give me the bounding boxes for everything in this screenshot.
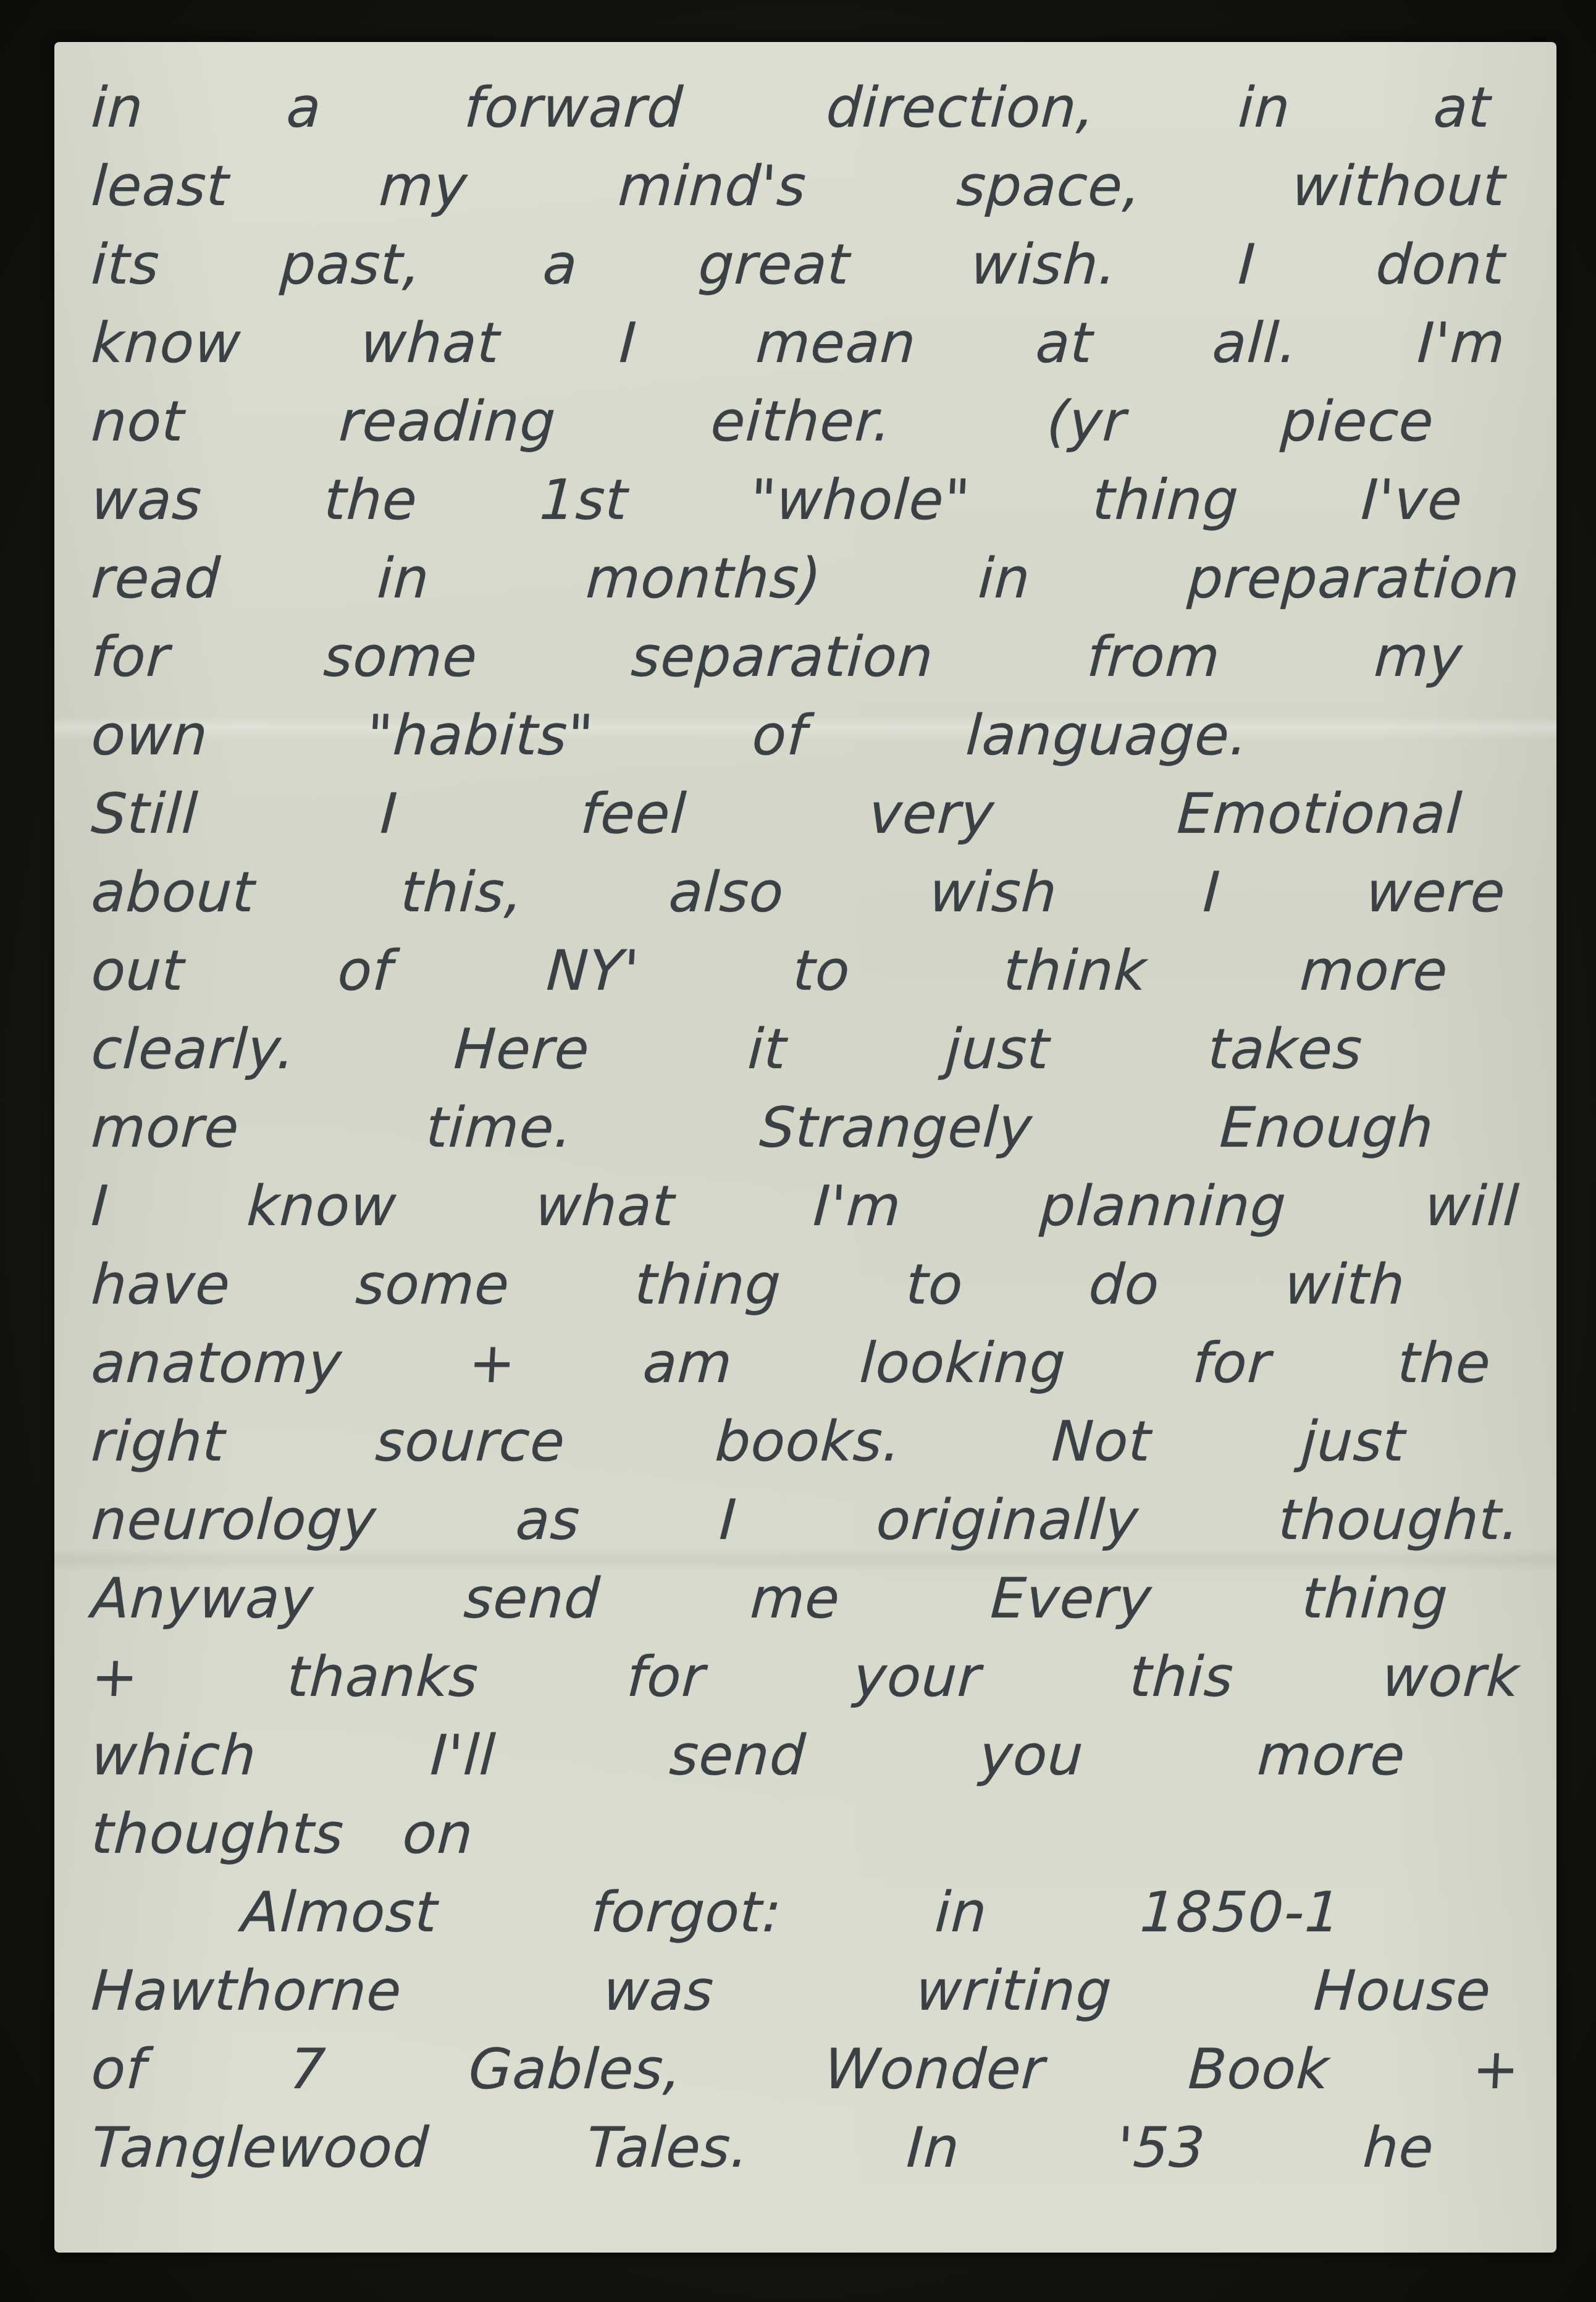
- handwritten-line: StillIfeelveryEmotional: [91, 780, 1463, 859]
- word: will: [1423, 1173, 1521, 1241]
- word: in: [933, 1879, 989, 1947]
- word: think: [1002, 937, 1148, 1005]
- handwritten-line: leastmymind'sspace,without: [91, 153, 1505, 231]
- word: thought.: [1277, 1486, 1521, 1554]
- word: I: [1237, 231, 1257, 299]
- word: I: [90, 1173, 110, 1241]
- word: "habits": [365, 702, 595, 770]
- word: 1st: [538, 466, 629, 534]
- word: very: [868, 780, 997, 848]
- word: of: [336, 937, 395, 1005]
- word: to: [791, 937, 852, 1005]
- word: more: [1256, 1722, 1407, 1790]
- word: what: [534, 1173, 676, 1241]
- handwritten-line: havesomethingtodowith: [91, 1251, 1405, 1330]
- word: of: [750, 702, 809, 770]
- word: in: [376, 545, 431, 613]
- word: know: [90, 310, 243, 377]
- word: space,: [955, 153, 1143, 221]
- word: takes: [1206, 1016, 1364, 1084]
- letter-page: inaforwarddirection,inatleastmymind'sspa…: [54, 42, 1556, 2253]
- word: Here: [452, 1016, 591, 1084]
- word: mean: [754, 310, 918, 377]
- word: not: [90, 388, 186, 456]
- word: "whole": [749, 466, 972, 534]
- word: am: [641, 1330, 734, 1398]
- word: '53: [1115, 2114, 1207, 2182]
- word: wish.: [969, 231, 1119, 299]
- word: for: [1191, 1330, 1273, 1398]
- handwritten-line: forsomeseparationfrommy: [91, 623, 1463, 702]
- word: +: [467, 1330, 518, 1398]
- word: piece: [1279, 388, 1435, 456]
- word: own: [90, 702, 209, 770]
- word: I: [718, 1486, 738, 1554]
- word: In: [905, 2114, 961, 2182]
- word: in: [976, 545, 1032, 613]
- word: a: [285, 74, 323, 142]
- word: to: [905, 1251, 965, 1319]
- word: do: [1087, 1251, 1161, 1319]
- word: forgot:: [589, 1879, 783, 1947]
- word: Enough: [1218, 1094, 1435, 1162]
- handwritten-line: itspast,agreatwish.Idont: [91, 231, 1505, 310]
- word: know: [246, 1173, 399, 1241]
- word: Emotional: [1175, 780, 1464, 848]
- word: its: [90, 231, 161, 299]
- word: Wonder: [823, 2036, 1046, 2104]
- word: some: [354, 1251, 511, 1319]
- word: writing: [914, 1957, 1114, 2025]
- word: neurology: [90, 1486, 378, 1554]
- word: in: [1237, 74, 1292, 142]
- word: NY': [545, 937, 641, 1005]
- handwritten-line: anatomy+amlookingforthe: [91, 1330, 1491, 1408]
- word: time.: [424, 1094, 574, 1162]
- word: for: [90, 623, 172, 691]
- word: out: [90, 937, 186, 1005]
- handwritten-line: neurologyasIoriginallythought.: [91, 1486, 1519, 1565]
- word: my: [1372, 623, 1464, 691]
- handwritten-line: of7Gables,WonderBook+: [91, 2036, 1519, 2114]
- word: thing: [1300, 1565, 1450, 1633]
- word: source: [374, 1408, 567, 1476]
- word: anatomy: [90, 1330, 343, 1398]
- handwritten-line: Almostforgot:in1850-1: [241, 1879, 1341, 1957]
- handwritten-line: inaforwarddirection,inat: [91, 74, 1491, 153]
- word: this: [1128, 1643, 1236, 1711]
- handwritten-line: outofNY'tothinkmore: [91, 937, 1448, 1016]
- word: of: [90, 2036, 148, 2104]
- word: past,: [279, 231, 424, 299]
- word: some: [322, 623, 479, 691]
- word: send: [668, 1722, 807, 1790]
- word: at: [1432, 74, 1492, 142]
- word: without: [1290, 153, 1507, 221]
- word: Anyway: [90, 1565, 316, 1633]
- word: which: [90, 1722, 258, 1790]
- word: in: [90, 74, 145, 142]
- word: you: [978, 1722, 1085, 1790]
- word: originally: [875, 1486, 1140, 1554]
- word: just: [944, 1016, 1051, 1084]
- word: all.: [1211, 310, 1300, 377]
- word: planning: [1038, 1173, 1288, 1241]
- word: I: [379, 780, 400, 848]
- word: I'm: [812, 1173, 903, 1241]
- word: read: [90, 545, 222, 613]
- word: reading: [337, 388, 558, 456]
- word: thanks: [285, 1643, 480, 1711]
- word: just: [1300, 1408, 1407, 1476]
- word: a: [541, 231, 579, 299]
- word: Every: [989, 1565, 1154, 1633]
- word: looking: [858, 1330, 1067, 1398]
- handwritten-line: moretime.StrangelyEnough: [91, 1094, 1434, 1173]
- word: thoughts: [90, 1800, 346, 1868]
- word: work: [1380, 1643, 1521, 1711]
- word: thing: [633, 1251, 783, 1319]
- word: with: [1283, 1251, 1407, 1319]
- word: were: [1364, 859, 1507, 927]
- word: Tanglewood: [90, 2114, 430, 2182]
- word: at: [1034, 310, 1094, 377]
- word: about: [90, 859, 256, 927]
- handwritten-line: whichI'llsendyoumore: [91, 1722, 1405, 1800]
- word: either.: [709, 388, 893, 456]
- word: was: [90, 466, 203, 534]
- word: +: [90, 1643, 140, 1711]
- handwritten-line: thoughtson: [91, 1800, 1519, 1879]
- handwritten-line: readinmonths)inpreparation: [91, 545, 1519, 623]
- word: books.: [713, 1408, 903, 1476]
- word: send: [462, 1565, 602, 1633]
- word: was: [602, 1957, 715, 2025]
- word: what: [359, 310, 502, 377]
- word: this,: [399, 859, 525, 927]
- word: from: [1085, 623, 1222, 691]
- word: feel: [579, 780, 688, 848]
- word: +: [1471, 2036, 1521, 2104]
- word: the: [322, 466, 419, 534]
- word: more: [1298, 937, 1450, 1005]
- handwritten-line: TanglewoodTales.In'53he: [91, 2114, 1434, 2193]
- word: Tales.: [585, 2114, 750, 2182]
- handwritten-line: AnywaysendmeEverything: [91, 1565, 1448, 1643]
- word: more: [90, 1094, 241, 1162]
- word: wish: [928, 859, 1059, 927]
- word: your: [852, 1643, 983, 1711]
- word: forward: [463, 74, 684, 142]
- handwritten-line: own"habits"oflanguage.: [91, 702, 1248, 780]
- word: direction,: [825, 74, 1097, 142]
- word: Book: [1186, 2036, 1331, 2104]
- word: 7: [288, 2036, 327, 2104]
- handwritten-line: wasthe1st"whole"thingI've: [91, 466, 1463, 545]
- word: also: [667, 859, 786, 927]
- word: my: [378, 153, 470, 221]
- word: me: [749, 1565, 842, 1633]
- word: months): [584, 545, 823, 613]
- handwritten-line: +thanksforyourthiswork: [91, 1643, 1519, 1722]
- word: separation: [629, 623, 935, 691]
- handwritten-line: HawthornewaswritingHouse: [91, 1957, 1491, 2036]
- handwritten-line: clearly.Hereitjusttakes: [91, 1016, 1363, 1094]
- letter-text: inaforwarddirection,inatleastmymind'sspa…: [91, 74, 1519, 2228]
- handwritten-line: notreadingeither.(yrpiece: [91, 388, 1434, 466]
- word: Almost: [240, 1879, 439, 1947]
- word: right: [90, 1408, 227, 1476]
- word: Still: [90, 780, 199, 848]
- handwritten-line: knowwhatImeanatall.I'm: [91, 310, 1505, 388]
- word: great: [697, 231, 852, 299]
- word: preparation: [1186, 545, 1521, 613]
- word: mind's: [616, 153, 808, 221]
- word: thing: [1091, 466, 1240, 534]
- word: I've: [1359, 466, 1464, 534]
- word: dont: [1374, 231, 1506, 299]
- word: on: [401, 1800, 475, 1868]
- word: least: [90, 153, 230, 221]
- handwritten-line: aboutthis,alsowishIwere: [91, 859, 1505, 937]
- handwritten-line: IknowwhatI'mplanningwill: [91, 1173, 1519, 1251]
- word: he: [1361, 2114, 1435, 2182]
- word: Strangely: [758, 1094, 1035, 1162]
- word: 1850-1: [1138, 1879, 1343, 1947]
- word: I: [1201, 859, 1222, 927]
- word: clearly.: [90, 1016, 297, 1084]
- word: Gables,: [467, 2036, 684, 2104]
- handwritten-line: rightsourcebooks.Notjust: [91, 1408, 1405, 1486]
- word: Hawthorne: [90, 1957, 403, 2025]
- word: I'm: [1416, 310, 1507, 377]
- word: have: [90, 1251, 232, 1319]
- word: for: [625, 1643, 707, 1711]
- word: the: [1396, 1330, 1492, 1398]
- word: I: [618, 310, 638, 377]
- word: Not: [1050, 1408, 1153, 1476]
- word: as: [514, 1486, 582, 1554]
- word: language.: [964, 702, 1249, 770]
- word: it: [746, 1016, 788, 1084]
- word: I'll: [429, 1722, 497, 1790]
- word: (yr: [1045, 388, 1128, 456]
- word: House: [1312, 1957, 1493, 2025]
